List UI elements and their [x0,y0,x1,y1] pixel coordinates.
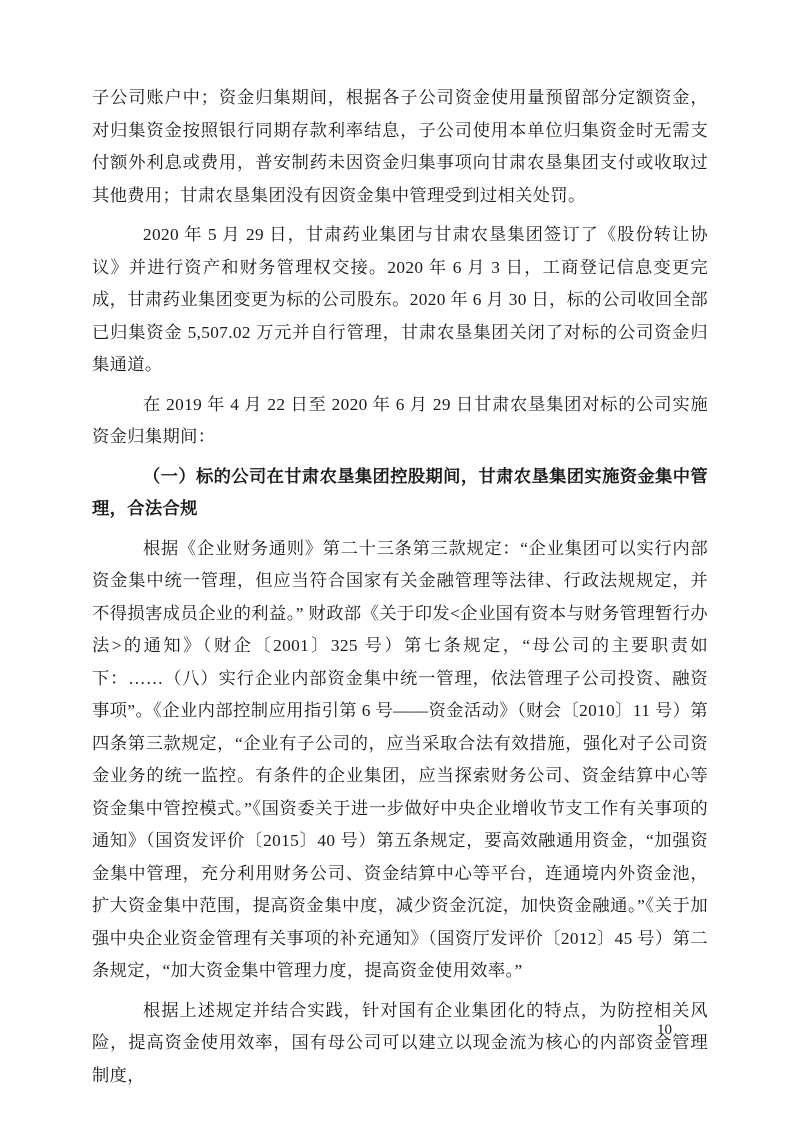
body-paragraph-period-intro: 在 2019 年 4 月 22 日至 2020 年 6 月 29 日甘肃农垦集团… [92,389,708,454]
body-paragraph-practice: 根据上述规定并结合实践，针对国有企业集团化的特点，为防控相关风险，提高资金使用效… [92,995,708,1093]
body-paragraph-regulations: 根据《企业财务通则》第二十三条第三款规定：“企业集团可以实行内部资金集中统一管理… [92,533,708,988]
page-number: 10 [657,1021,672,1039]
body-paragraph-transfer-dates: 2020 年 5 月 29 日，甘肃药业集团与甘肃农垦集团签订了《股份转让协议》… [92,219,708,382]
document-page: 子公司账户中；资金归集期间，根据各子公司资金使用量预留部分定额资金，对归集资金按… [0,0,793,1122]
section-heading: （一）标的公司在甘肃农垦集团控股期间，甘肃农垦集团实施资金集中管理，合法合规 [92,461,708,526]
page-body-text: 子公司账户中；资金归集期间，根据各子公司资金使用量预留部分定额资金，对归集资金按… [92,82,708,1092]
body-paragraph-continuation: 子公司账户中；资金归集期间，根据各子公司资金使用量预留部分定额资金，对归集资金按… [92,82,708,212]
